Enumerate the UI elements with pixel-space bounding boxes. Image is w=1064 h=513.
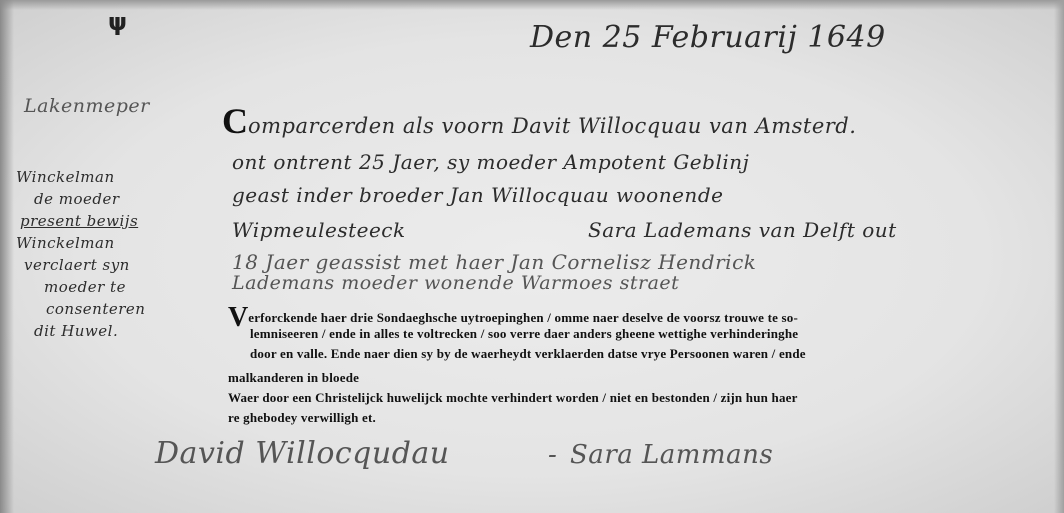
signature-separator: - [548,440,557,470]
margin-title: Lakenmeper [24,95,150,117]
printed-line-3: door en valle. Ende naer dien sy by de w… [250,346,806,362]
body-line-6: Lademans moeder wonende Warmoes straet [232,272,679,294]
signature-bride: Sara Lammans [570,440,773,470]
margin-note-line: dit Huwel. [16,320,145,342]
margin-note-line: verclaert syn [16,254,145,276]
margin-note-line: moeder te [16,276,145,298]
body-line-1: Comparcerden als voorn Davit Willocquau … [222,100,856,142]
body-line-4a: Wipmeulesteeck [232,218,406,242]
printed-line-2: lemniseeren / ende in alles te voltrecke… [250,326,798,342]
date-heading: Den 25 Februarij 1649 [530,20,886,55]
body-line-2: ont ontrent 25 Jaer, sy moeder Ampotent … [232,150,749,174]
margin-notes: Winckelman de moeder present bewijs Winc… [16,166,145,342]
printed-line-6: re ghebodey verwilligh et. [228,410,376,426]
margin-note-line: consenteren [16,298,145,320]
body-initial-c: C [222,101,248,141]
printed-line-4: malkanderen in bloede [228,370,359,386]
body-line-4b: Sara Lademans van Delft out [588,218,897,242]
printed-line-5: Waer door een Christelijck huwelijck moc… [228,390,798,406]
page-edge-left [0,0,14,513]
body-text: omparcerden als voorn Davit Willocquau v… [248,114,856,138]
margin-note-line: Winckelman [16,232,145,254]
printed-text: erforckende haer drie Sondaeghsche uytro… [248,310,798,325]
signature-groom: David Willocqudau [155,436,450,471]
margin-note-line: de moeder [16,188,145,210]
top-symbol-mark: ψ [108,8,127,36]
page-edge-top [0,0,1064,10]
margin-note-line: present bewijs [16,210,145,232]
page-edge-right [1054,0,1064,513]
margin-note-line: Winckelman [16,166,145,188]
body-line-5: 18 Jaer geassist met haer Jan Cornelisz … [232,250,756,274]
printed-initial-v: V [228,302,248,333]
body-line-3: geast inder broeder Jan Willocquau woone… [232,183,723,207]
register-page: ψ Den 25 Februarij 1649 Lakenmeper Winck… [0,0,1064,513]
